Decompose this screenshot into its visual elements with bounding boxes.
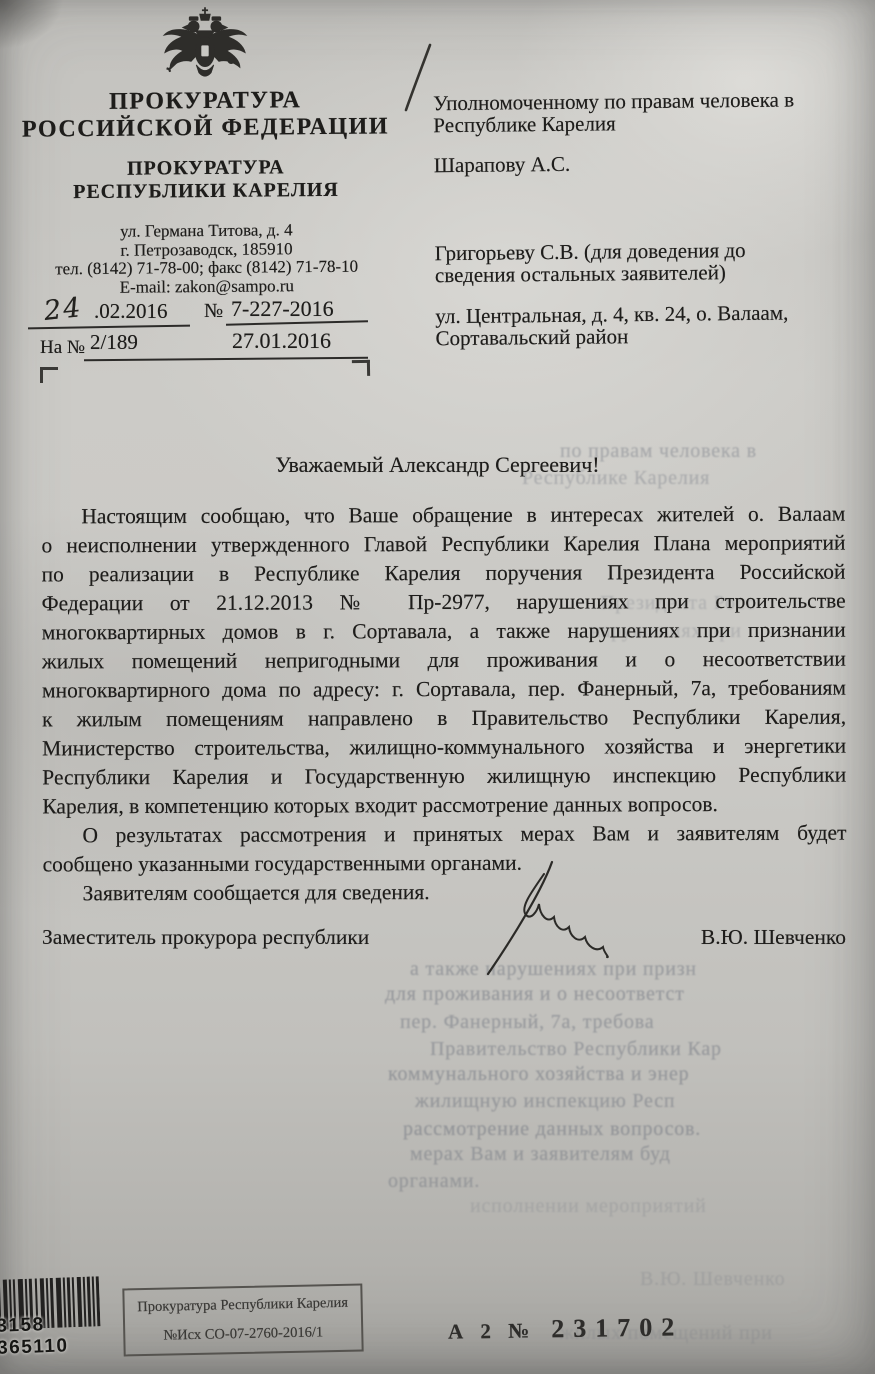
body-text-line: Карелия, в компетенцию которых входит ра… [42,792,846,824]
bleed-through-text: В.Ю. Шевченко [640,1268,785,1291]
addressee-to-line2: Республике Карелия [433,112,616,136]
bleed-through-text: рассмотрение данных вопросов. [403,1118,701,1141]
addressee-address-line1: ул. Центральная, д. 4, кв. 24, о. Валаам… [435,302,788,328]
outgoing-number: 7-227-2016 [231,296,334,322]
addressee-person2-line2: сведения остальных заявителей) [435,261,726,286]
stamp-org-name: Прокуратура Республики Карелия [125,1295,361,1317]
coat-of-arms-emblem [157,4,253,96]
date-printed: .02.2016 [94,299,168,324]
addressee-person1: Шарапову А.С. [434,153,571,176]
scanned-letter-page: ПРОКУРАТУРА РОССИЙСКОЙ ФЕДЕРАЦИИ ПРОКУРА… [0,0,875,1374]
bleed-through-text: исполнении мероприятий [470,1195,707,1218]
letter-body: Настоящим сообщаю, что Ваше обращение в … [41,502,846,911]
bleed-through-text: коммунального хозяйства и энер [388,1063,689,1086]
barcode: 3158 365110 [0,1276,105,1352]
form-series-number: А 2 №231702 [448,1312,684,1345]
body-text-line: многоквартирных домов в г. Сортавала, а … [42,618,846,650]
bleed-through-text: пер. Фанерный, 7а, требова [400,1011,654,1034]
addressee-address-line2: Сортавальский район [435,325,628,349]
signer-position: Заместитель прокурора республики [42,925,369,950]
body-text-line: Настоящим сообщаю, что Ваше обращение в … [41,502,845,534]
form-number: 231702 [551,1312,683,1343]
paragraph: Заявителям сообщается для сведения. [43,879,847,911]
handwritten-day: 24 [42,292,83,327]
address-window-corner-left [40,367,58,383]
org-name-line2: РОССИЙСКОЙ ФЕДЕРАЦИИ [19,113,391,143]
body-text-line: Федерации от 21.12.2013 № Пр-2977, наруш… [42,589,846,621]
bleed-through-text: жилищную инспекцию Респ [415,1090,675,1113]
body-text-line: многоквартирного дома по адресу: г. Сорт… [42,676,846,708]
handwritten-check-mark [400,42,436,114]
letterhead: ПРОКУРАТУРА РОССИЙСКОЙ ФЕДЕРАЦИИ ПРОКУРА… [19,86,393,297]
org-subname-line2: РЕСПУБЛИКИ КАРЕЛИЯ [20,178,392,204]
body-text-line: Министерство строительства, жилищно-комм… [42,734,846,766]
body-text-line: О результатах рассмотрения и принятых ме… [42,821,846,853]
in-reply-label: На № [40,337,85,359]
handwritten-signature [460,852,680,992]
reply-underline [84,357,368,361]
body-text-line: по реализации в Республике Карелия поруч… [41,560,845,592]
double-headed-eagle-icon [157,4,253,96]
org-name-line1: ПРОКУРАТУРА [19,86,391,116]
stamp-outgoing-number: №Исх СО-07-2760-2016/1 [125,1324,361,1346]
in-reply-date: 27.01.2016 [232,328,331,354]
registration-stamp: Прокуратура Республики Карелия №Исх СО-0… [122,1283,363,1356]
body-text-line: Республики Карелия и Государственную жил… [42,763,846,795]
paragraph: Настоящим сообщаю, что Ваше обращение в … [41,502,846,824]
number-sign: № [204,300,223,323]
form-series-label: А 2 № [448,1318,536,1343]
salutation: Уважаемый Александр Сергеевич! [0,452,875,478]
bleed-through-text: Правительство Республики Кар [430,1038,722,1061]
address-window-corner-right [352,360,370,376]
addressee-block: Уполномоченному по правам человека в Рес… [433,88,863,93]
paragraph: О результатах рассмотрения и принятых ме… [42,821,846,882]
barcode-digits: 3158 365110 [0,1312,106,1360]
bleed-through-text: мерах Вам и заявителям буд [410,1143,671,1166]
org-address-phone: тел. (8142) 71-78-00; факс (8142) 71-78-… [21,257,393,279]
body-text-line: сообщено указанными государственными орг… [43,850,847,882]
body-text-line: жилых помещений непригодными для прожива… [42,647,846,679]
org-subname-line1: ПРОКУРАТУРА [20,155,392,181]
in-reply-number: 2/189 [90,330,138,355]
body-text-line: к жилым помещениям направлено в Правител… [42,705,846,737]
body-text-line: Заявителям сообщается для сведения. [43,879,847,911]
body-text-line: о неисполнении утвержденного Главой Респ… [41,531,845,563]
bleed-through-text: органами. [388,1170,480,1193]
